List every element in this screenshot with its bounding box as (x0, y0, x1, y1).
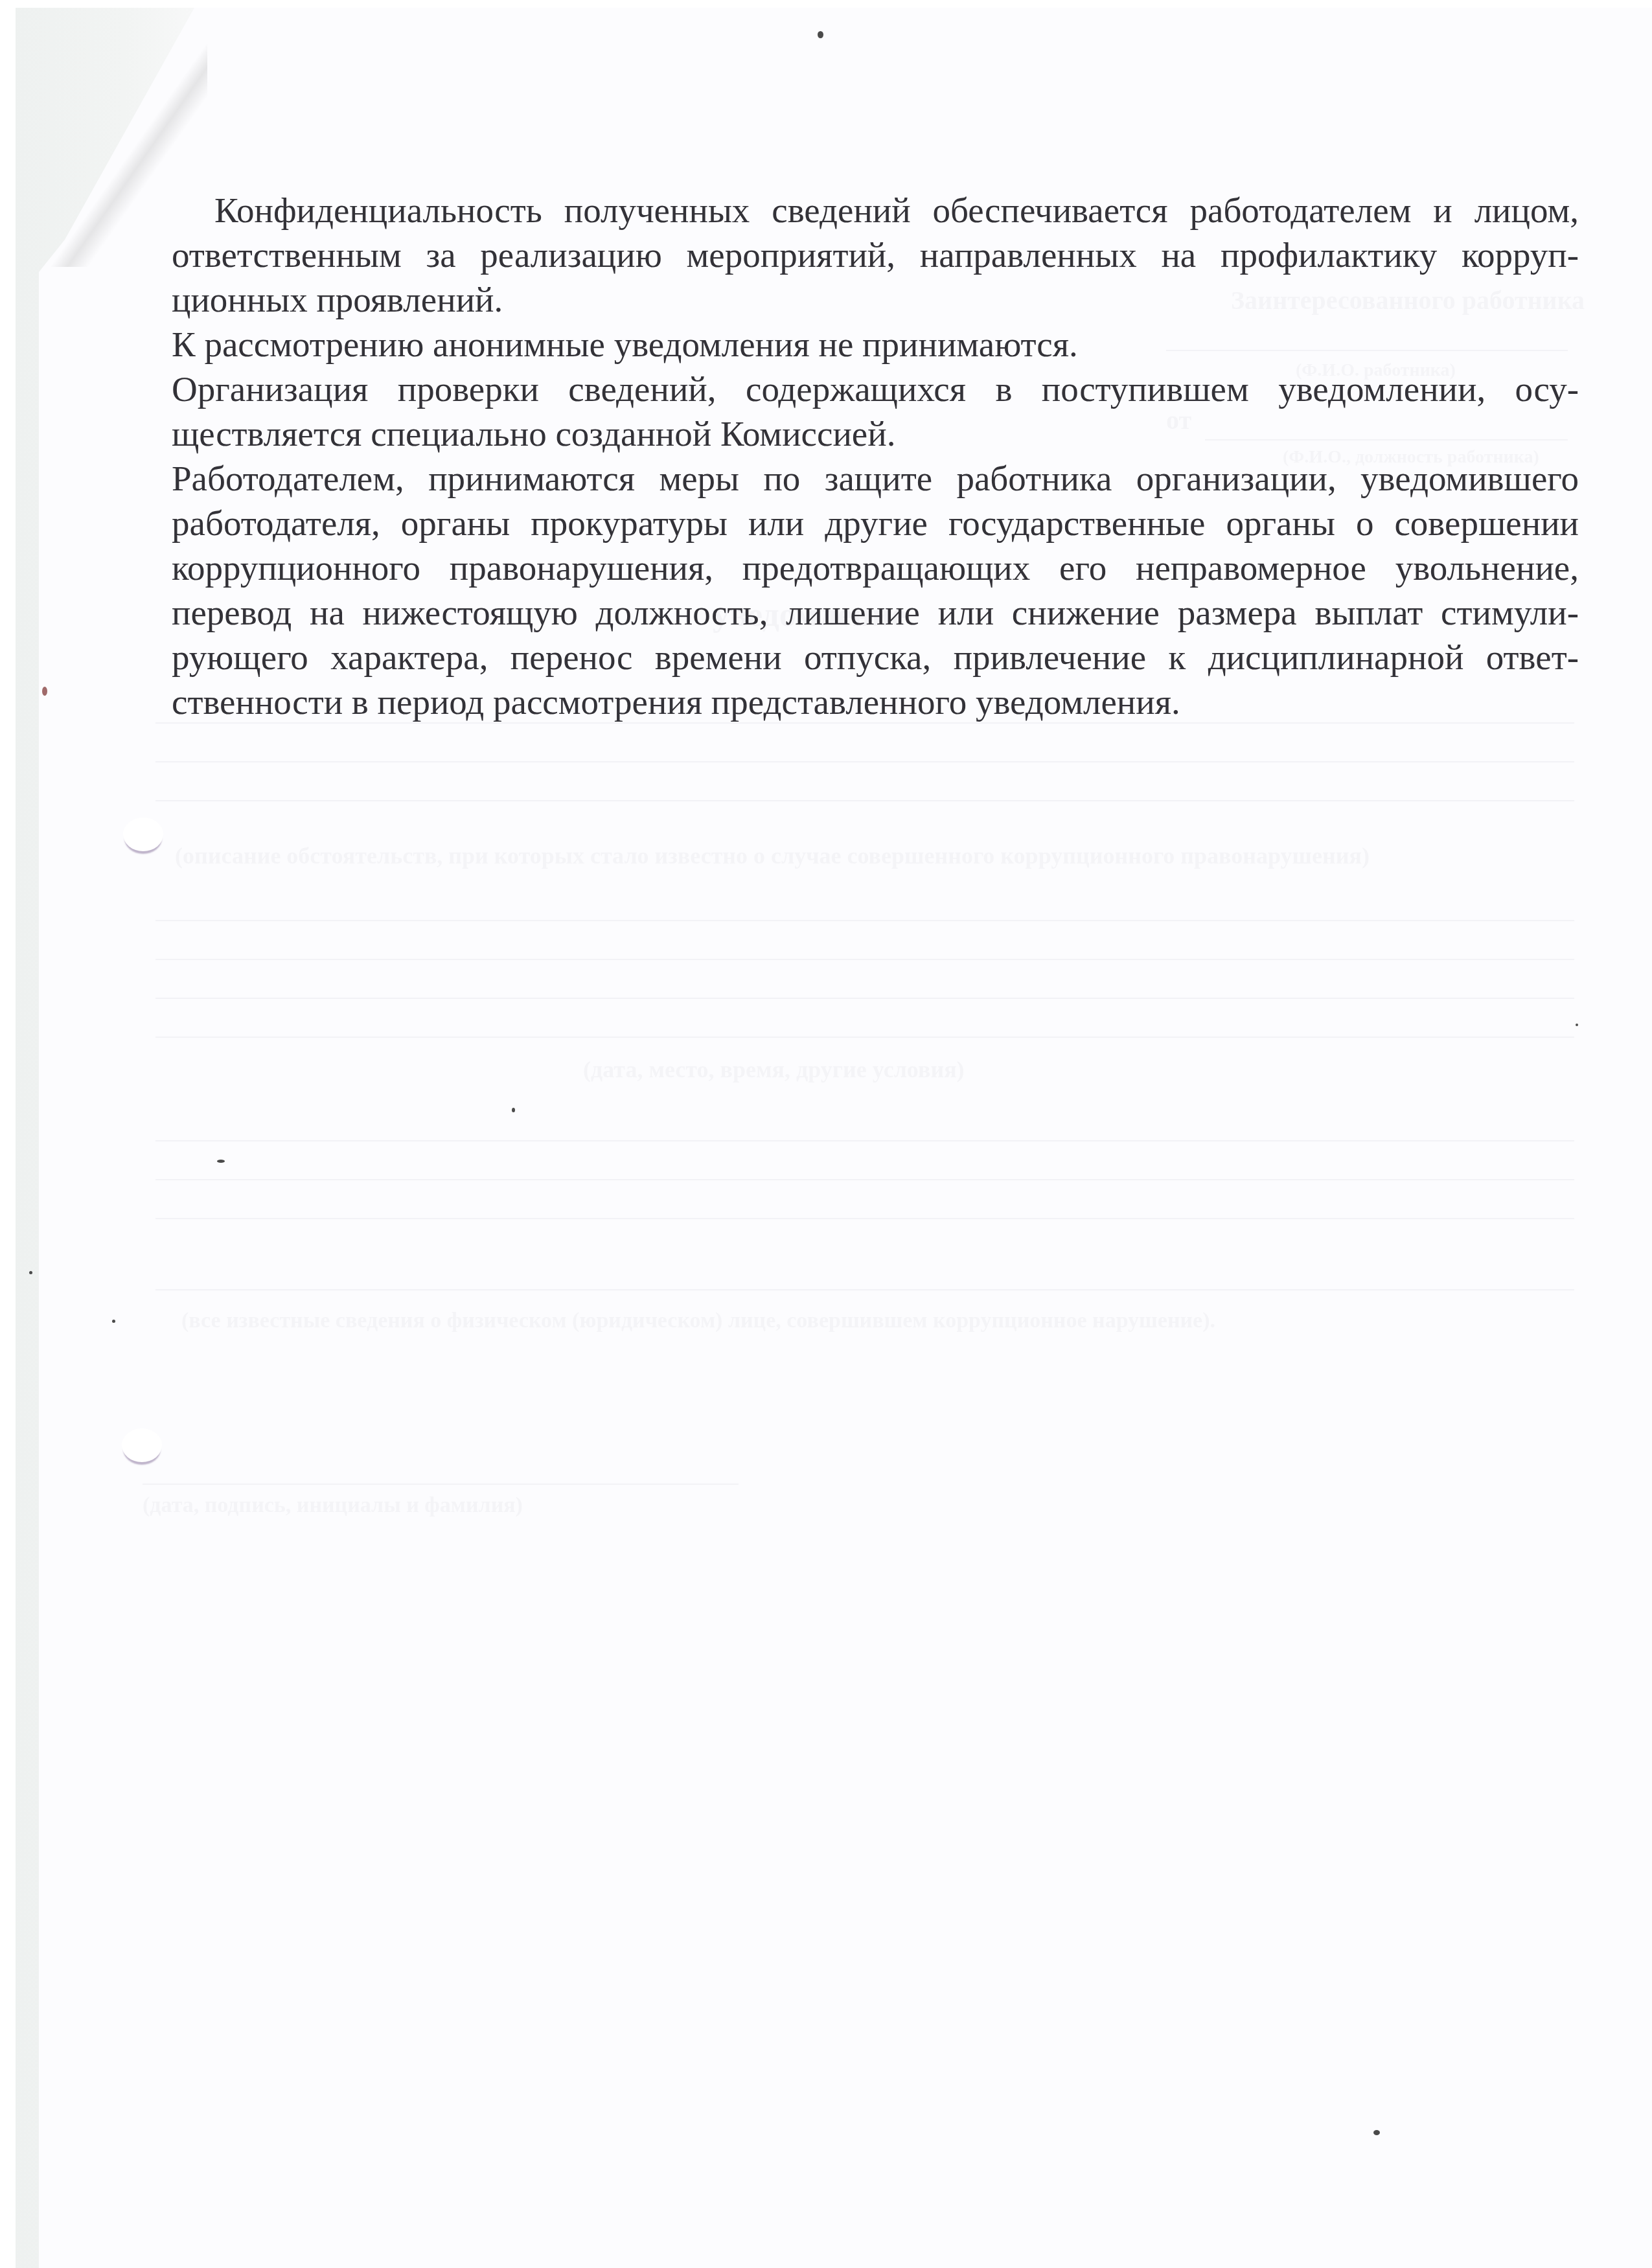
scan-speck (818, 31, 823, 38)
scan-speck (29, 1271, 32, 1274)
show-through-rule (155, 1140, 1574, 1141)
scan-speck (512, 1108, 515, 1112)
show-through-rule (155, 920, 1574, 921)
show-through-text: (дата, место, время, другие условия) (583, 1056, 965, 1083)
document-body: Конфиденциальность полученных сведений о… (172, 188, 1579, 724)
show-through-rule (155, 1218, 1574, 1219)
show-through-text: (дата, подпись, инициалы и фамилия) (143, 1493, 523, 1518)
hole-punch (123, 818, 163, 851)
show-through-rule (155, 1289, 1574, 1290)
show-through-rule (155, 761, 1574, 762)
show-through-rule (155, 998, 1574, 999)
hole-punch (122, 1428, 162, 1462)
show-through-rule (155, 1179, 1574, 1180)
show-through-rule (155, 959, 1574, 960)
paragraph-anonymous: К рассмотрению анонимные уведомления не … (172, 322, 1579, 367)
paragraph-verification: Организация проверки сведений, содержащи… (172, 367, 1579, 456)
paragraph-protection: Работодателем, принимаются меры по защит… (172, 456, 1579, 724)
scan-speck (112, 1320, 115, 1323)
show-through-rule (155, 1037, 1574, 1038)
scan-speck (1576, 1024, 1578, 1026)
scan-speck (42, 687, 47, 696)
show-through-rule (155, 800, 1574, 801)
paragraph-confidentiality: Конфиденциальность полученных сведений о… (172, 188, 1579, 322)
show-through-text: (описание обстоятельств, при которых ста… (175, 842, 1370, 869)
scan-speck (1373, 2130, 1380, 2135)
scan-speck (217, 1160, 225, 1163)
show-through-text: (все известные сведения о физическом (юр… (181, 1309, 1215, 1333)
show-through-rule (143, 1483, 739, 1485)
